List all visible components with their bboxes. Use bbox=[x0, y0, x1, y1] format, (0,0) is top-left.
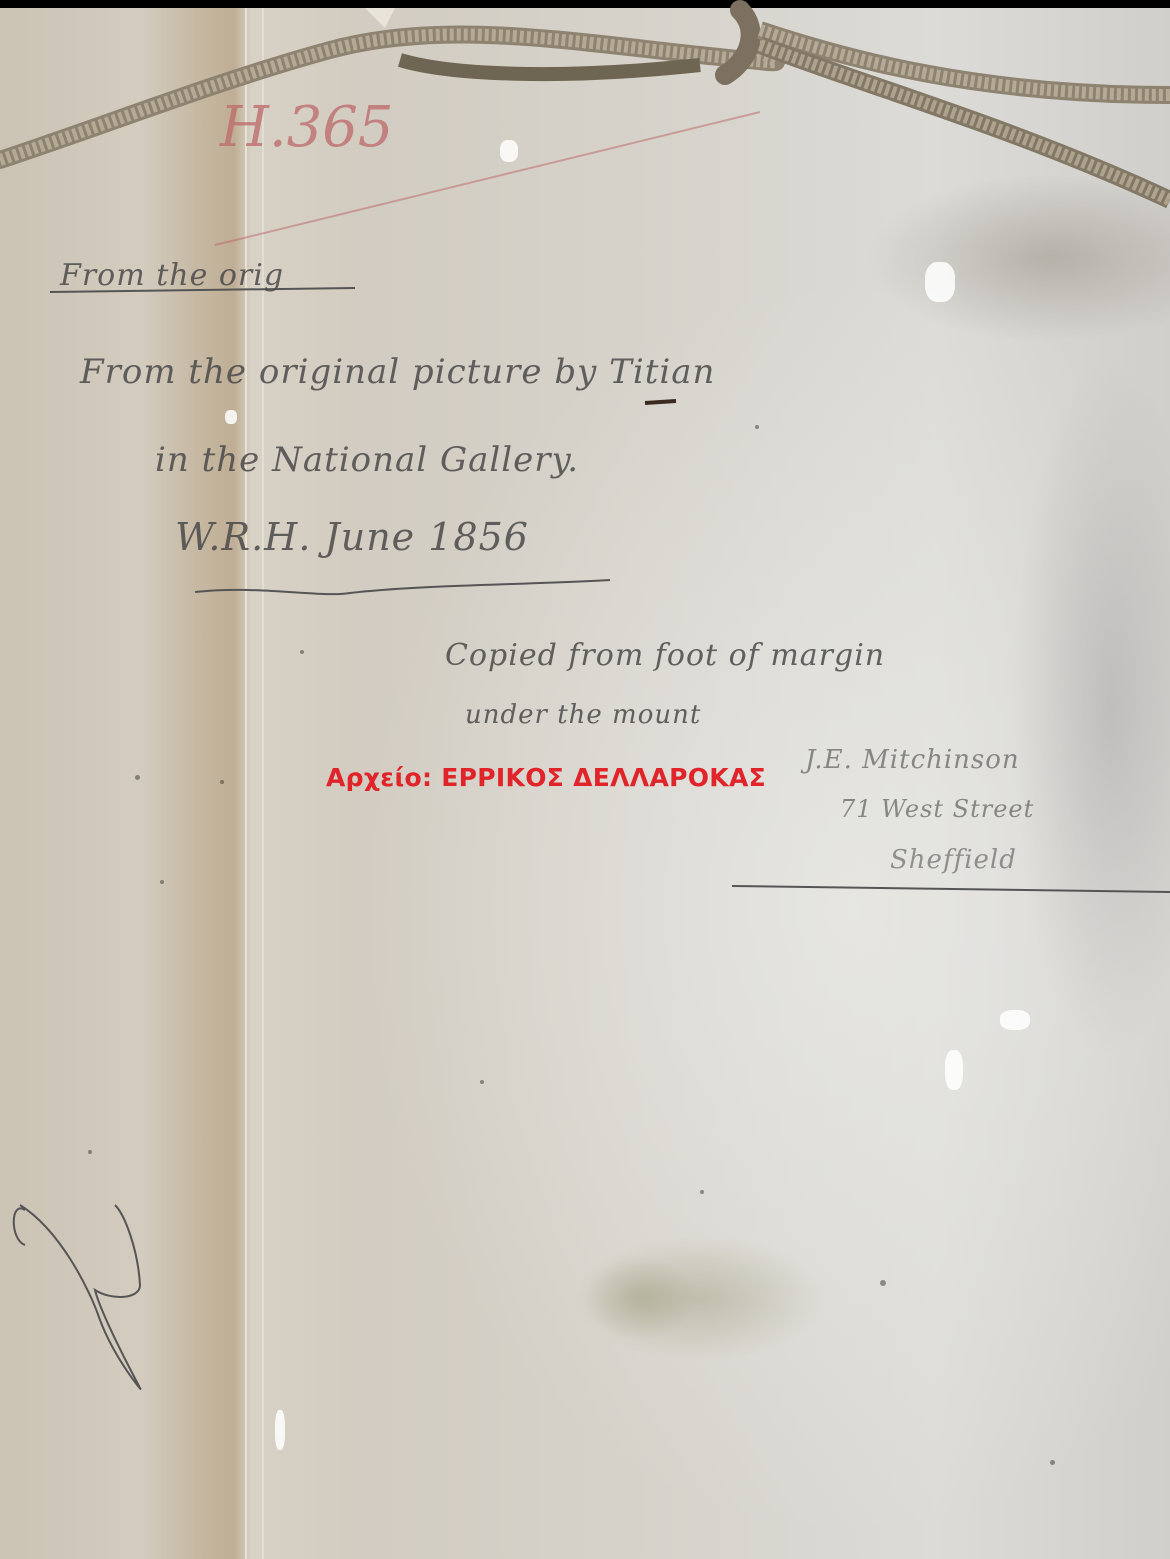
signature-line-3: Sheffield bbox=[890, 845, 1017, 875]
inscription-struck: From the orig bbox=[60, 258, 284, 293]
signature-line-2: 71 West Street bbox=[840, 795, 1034, 823]
note-line-1: Copied from foot of margin bbox=[445, 638, 885, 673]
underline-2 bbox=[732, 886, 1170, 892]
inscription-line-3: W.R.H. June 1856 bbox=[175, 515, 529, 559]
corner-j-scribble bbox=[14, 1205, 141, 1389]
inscription-line-2: in the National Gallery. bbox=[155, 440, 579, 480]
inscription-line-1: From the original picture by Titian bbox=[80, 352, 715, 392]
underline-1 bbox=[195, 580, 610, 594]
red-pencil-number: H.365 bbox=[220, 95, 394, 160]
hanging-cord-loop bbox=[400, 60, 700, 74]
cord-knot bbox=[725, 10, 751, 75]
ink-mark bbox=[645, 401, 676, 403]
signature-line-1: J.E. Mitchinson bbox=[805, 745, 1020, 775]
cord-tag bbox=[365, 8, 395, 28]
note-line-2: under the mount bbox=[465, 700, 701, 730]
archive-watermark: Αρχείο: ΕΡΡΙΚΟΣ ΔΕΛΛΑΡΟΚΑΣ bbox=[326, 763, 766, 792]
